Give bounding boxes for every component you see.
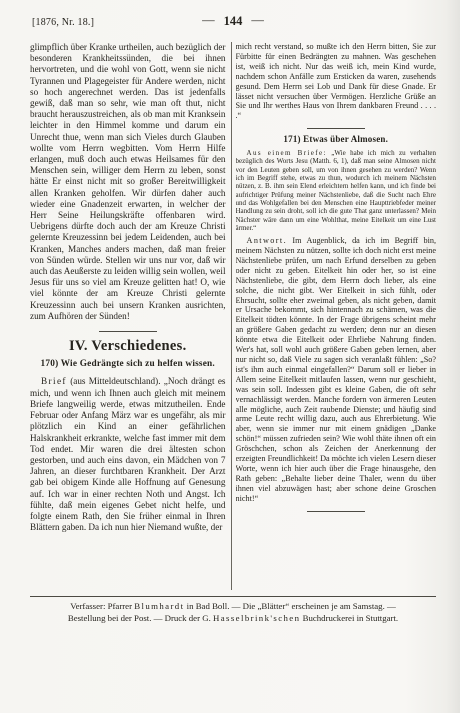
end-of-column-rule [307, 511, 365, 512]
imprint-line-2: Bestellung bei der Post. — Druck der G. … [30, 613, 436, 625]
article-171-heading: 171) Etwas über Almosen. [236, 135, 437, 145]
imprint-footer: Verfasser: Pfarrer Blumhardt in Bad Boll… [30, 596, 436, 624]
letter-continuation-paragraph: mich recht verstand, so mußte ich den He… [236, 42, 437, 121]
page-number-dash-left: — [202, 13, 215, 27]
column-divider [231, 42, 232, 590]
page-header: [1876, Nr. 18.] —144— [30, 14, 436, 34]
page-number-value: 144 [224, 14, 243, 28]
article-171-answer-paragraph: Antwort. Im Augenblick, da ich im Begrif… [236, 236, 437, 503]
article-170-heading: 170) Wie Gedrängte sich zu helfen wissen… [30, 359, 226, 370]
scanned-page: [1876, Nr. 18.] —144— glimpflich über Kr… [0, 0, 460, 713]
left-column: glimpflich über Kranke urtheilen, auch b… [30, 42, 226, 594]
section-divider-rule [99, 331, 157, 332]
page-number: —144— [30, 14, 436, 29]
section-heading: IV. Verschiedenes. [30, 341, 226, 352]
article-divider-rule [307, 128, 365, 129]
article-170-letter-paragraph: Brief (aus Mitteldeutschland). „Noch drä… [30, 376, 226, 533]
right-column: mich recht verstand, so mußte ich den He… [236, 42, 437, 594]
article-171-quote-paragraph: Aus einem Briefe: „Wie habe ich mich zu … [236, 149, 437, 232]
page-number-dash-right: — [251, 13, 264, 27]
two-column-body: glimpflich über Kranke urtheilen, auch b… [30, 42, 436, 594]
article-continuation-paragraph: glimpflich über Kranke urtheilen, auch b… [30, 42, 226, 322]
imprint-line-1: Verfasser: Pfarrer Blumhardt in Bad Boll… [30, 601, 436, 613]
